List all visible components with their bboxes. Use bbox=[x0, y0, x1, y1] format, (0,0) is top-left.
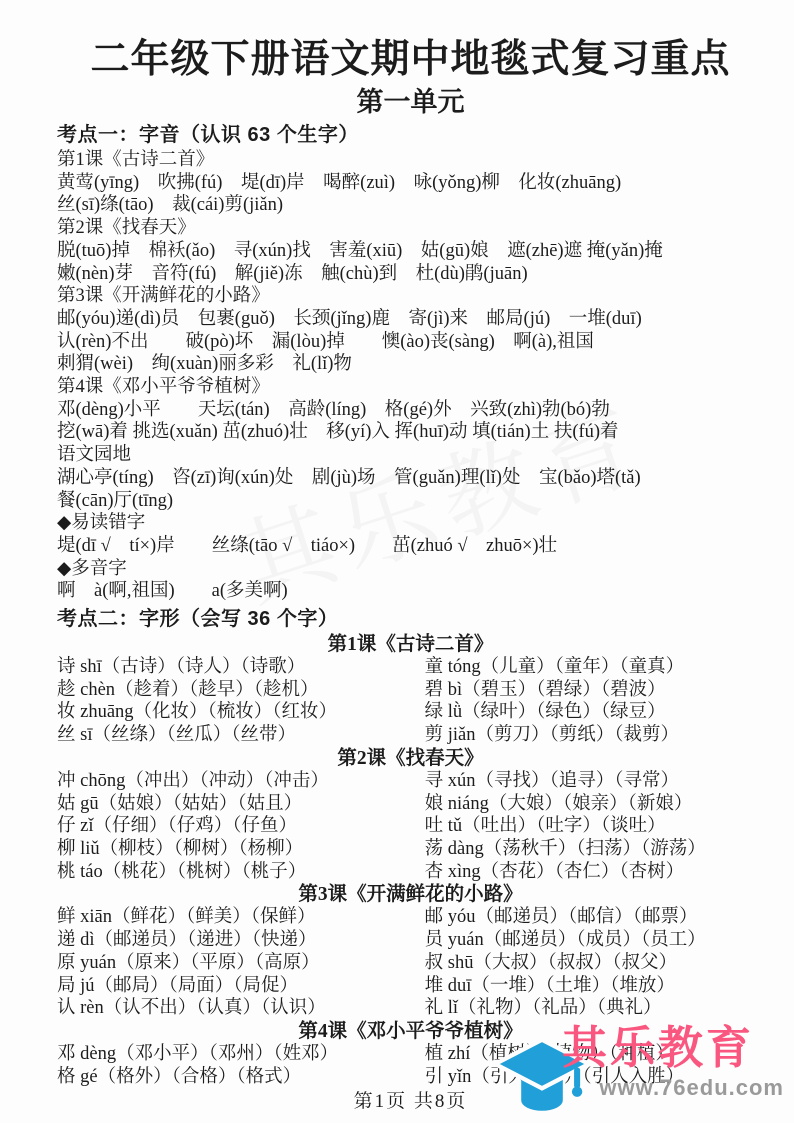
word-row: 鲜 xiān（鲜花）（鲜美）（保鲜） 邮 yóu（邮递员）（邮信）（邮票） bbox=[57, 906, 764, 929]
word-row: 姑 gū（姑娘）（姑姑）（姑且） 娘 niáng（大娘）（娘亲）（新娘） bbox=[57, 793, 764, 816]
word-entry-left: 仔 zǐ（仔细）（仔鸡）（仔鱼） bbox=[57, 815, 425, 838]
word-entry-right: 寻 xún（寻找）（追寻）（寻常） bbox=[425, 770, 764, 793]
word-entry-left: 丝 sī（丝绦）（丝瓜）（丝带） bbox=[57, 724, 425, 747]
word-entry-left: 认 rèn（认不出）（认真）（认识） bbox=[57, 997, 425, 1020]
subsection-label: ◆易读错字 bbox=[57, 512, 764, 535]
phonics-line: 丝(sī)绦(tāo) 裁(cái)剪(jiǎn) bbox=[57, 194, 764, 217]
word-entry-left: 原 yuán（原来）（平原）（高原） bbox=[57, 952, 425, 975]
word-entry-right: 娘 niáng（大娘）（娘亲）（新娘） bbox=[425, 793, 764, 816]
word-entry-right: 堆 duī（一堆）（土堆）（堆放） bbox=[425, 975, 764, 998]
word-entry-left: 妆 zhuāng（化妆）（梳妆）（红妆） bbox=[57, 701, 425, 724]
word-row: 局 jú（邮局）（局面）（局促） 堆 duī（一堆）（土堆）（堆放） bbox=[57, 975, 764, 998]
word-row: 妆 zhuāng（化妆）（梳妆）（红妆） 绿 lǜ（绿叶）（绿色）（绿豆） bbox=[57, 701, 764, 724]
unit-subtitle: 第一单元 bbox=[57, 86, 764, 119]
word-entry-right: 叔 shū（大叔）（叔叔）（叔父） bbox=[425, 952, 764, 975]
lesson-line: 第4课《邓小平爷爷植树》 bbox=[57, 376, 764, 399]
brand-name: 其乐教育 bbox=[562, 1023, 754, 1073]
word-entry-right: 荡 dàng（荡秋千）（扫荡）（游荡） bbox=[425, 838, 764, 861]
word-row: 趁 chèn（趁着）（趁早）（趁机） 碧 bì（碧玉）（碧绿）（碧波） bbox=[57, 679, 764, 702]
watermark: 其乐教育 www.76edu.com bbox=[490, 1023, 790, 1123]
word-row: 诗 shī（古诗）（诗人）（诗歌） 童 tóng（儿童）（童年）（童真） bbox=[57, 656, 764, 679]
word-entry-right: 绿 lǜ（绿叶）（绿色）（绿豆） bbox=[425, 701, 764, 724]
lesson-line: 第2课《找春天》 bbox=[57, 217, 764, 240]
word-entry-left: 邓 dèng（邓小平）（邓州）（姓邓） bbox=[57, 1043, 425, 1066]
document-page: 其乐教育 二年级下册语文期中地毯式复习重点 第一单元 考点一：字音（认识 63 … bbox=[0, 0, 794, 1123]
phonics-line: 黄莺(yīng) 吹拂(fú) 堤(dī)岸 喝醉(zuì) 咏(yǒng)柳 … bbox=[57, 172, 764, 195]
word-entry-right: 邮 yóu（邮递员）（邮信）（邮票） bbox=[425, 906, 764, 929]
phonics-line: 挖(wā)着 挑选(xuǎn) 茁(zhuó)壮 移(yí)入 挥(huī)动 … bbox=[57, 421, 764, 444]
word-entry-left: 格 gé（格外）（合格）（格式） bbox=[57, 1066, 425, 1089]
word-entry-left: 诗 shī（古诗）（诗人）（诗歌） bbox=[57, 656, 425, 679]
word-entry-left: 局 jú（邮局）（局面）（局促） bbox=[57, 975, 425, 998]
word-entry-right: 礼 lǐ（礼物）（礼品）（典礼） bbox=[425, 997, 764, 1020]
phonics-line: 湖心亭(tíng) 咨(zī)询(xún)处 剧(jù)场 管(guǎn)理(l… bbox=[57, 467, 764, 490]
word-row: 丝 sī（丝绦）（丝瓜）（丝带） 剪 jiǎn（剪刀）（剪纸）（裁剪） bbox=[57, 724, 764, 747]
phonics-line: 啊 à(啊,祖国) a(多美啊) bbox=[57, 580, 764, 603]
lesson-heading: 第1课《古诗二首》 bbox=[57, 633, 764, 656]
word-entry-left: 递 dì（邮递员）（递进）（快递） bbox=[57, 929, 425, 952]
phonics-line: 刺猬(wèi) 绚(xuàn)丽多彩 礼(lǐ)物 bbox=[57, 353, 764, 376]
word-entry-left: 桃 táo（桃花）（桃树）（桃子） bbox=[57, 861, 425, 884]
word-entry-right: 吐 tǔ（吐出）（吐字）（谈吐） bbox=[425, 815, 764, 838]
lesson-heading: 第2课《找春天》 bbox=[57, 747, 764, 770]
subsection-label: ◆多音字 bbox=[57, 558, 764, 581]
word-entry-left: 柳 liǔ（柳枝）（柳树）（杨柳） bbox=[57, 838, 425, 861]
word-row: 仔 zǐ（仔细）（仔鸡）（仔鱼） 吐 tǔ（吐出）（吐字）（谈吐） bbox=[57, 815, 764, 838]
phonics-line: 嫩(nèn)芽 音符(fú) 解(jiě)冻 触(chù)到 杜(dù)鹃(ju… bbox=[57, 263, 764, 286]
word-entry-left: 鲜 xiān（鲜花）（鲜美）（保鲜） bbox=[57, 906, 425, 929]
phonics-line: 餐(cān)厅(tīng) bbox=[57, 490, 764, 513]
lesson-heading: 第3课《开满鲜花的小路》 bbox=[57, 883, 764, 906]
lesson-line: 第3课《开满鲜花的小路》 bbox=[57, 285, 764, 308]
lesson-line: 第1课《古诗二首》 bbox=[57, 149, 764, 172]
phonics-line: 邓(dèng)小平 天坛(tán) 高龄(líng) 格(gé)外 兴致(zhì… bbox=[57, 399, 764, 422]
word-row: 递 dì（邮递员）（递进）（快递） 员 yuán（邮递员）（成员）（员工） bbox=[57, 929, 764, 952]
word-entry-right: 碧 bì（碧玉）（碧绿）（碧波） bbox=[425, 679, 764, 702]
word-entry-left: 趁 chèn（趁着）（趁早）（趁机） bbox=[57, 679, 425, 702]
phonics-line: 脱(tuō)掉 棉袄(ǎo) 寻(xún)找 害羞(xiū) 姑(gū)娘 遮(… bbox=[57, 240, 764, 263]
page-title: 二年级下册语文期中地毯式复习重点 bbox=[57, 36, 764, 84]
word-entry-right: 员 yuán（邮递员）（成员）（员工） bbox=[425, 929, 764, 952]
section2-heading: 考点二：字形（会写 36 个字） bbox=[57, 607, 764, 632]
word-row: 认 rèn（认不出）（认真）（认识） 礼 lǐ（礼物）（礼品）（典礼） bbox=[57, 997, 764, 1020]
word-row: 柳 liǔ（柳枝）（柳树）（杨柳） 荡 dàng（荡秋千）（扫荡）（游荡） bbox=[57, 838, 764, 861]
word-entry-left: 冲 chōng（冲出）（冲动）（冲击） bbox=[57, 770, 425, 793]
lesson-line: 语文园地 bbox=[57, 444, 764, 467]
word-entry-right: 剪 jiǎn（剪刀）（剪纸）（裁剪） bbox=[425, 724, 764, 747]
word-row: 桃 táo（桃花）（桃树）（桃子） 杏 xìng（杏花）（杏仁）（杏树） bbox=[57, 861, 764, 884]
section1-heading: 考点一：字音（认识 63 个生字） bbox=[57, 123, 764, 148]
word-row: 冲 chōng（冲出）（冲动）（冲击） 寻 xún（寻找）（追寻）（寻常） bbox=[57, 770, 764, 793]
word-entry-right: 杏 xìng（杏花）（杏仁）（杏树） bbox=[425, 861, 764, 884]
brand-url: www.76edu.com bbox=[599, 1075, 784, 1101]
phonics-line: 堤(dī √ tí×)岸 丝绦(tāo √ tiáo×) 茁(zhuó √ zh… bbox=[57, 535, 764, 558]
phonics-line: 认(rèn)不出 破(pò)坏 漏(lòu)掉 懊(ào)丧(sàng) 啊(à… bbox=[57, 331, 764, 354]
word-entry-left: 姑 gū（姑娘）（姑姑）（姑且） bbox=[57, 793, 425, 816]
phonics-line: 邮(yóu)递(dì)员 包裹(guǒ) 长颈(jǐng)鹿 寄(jì)来 邮局… bbox=[57, 308, 764, 331]
section1-body: 第1课《古诗二首》 黄莺(yīng) 吹拂(fú) 堤(dī)岸 喝醉(zuì)… bbox=[57, 149, 764, 603]
word-entry-right: 童 tóng（儿童）（童年）（童真） bbox=[425, 656, 764, 679]
word-row: 原 yuán（原来）（平原）（高原） 叔 shū（大叔）（叔叔）（叔父） bbox=[57, 952, 764, 975]
section2-body: 第1课《古诗二首》 诗 shī（古诗）（诗人）（诗歌） 童 tóng（儿童）（童… bbox=[57, 633, 764, 1088]
